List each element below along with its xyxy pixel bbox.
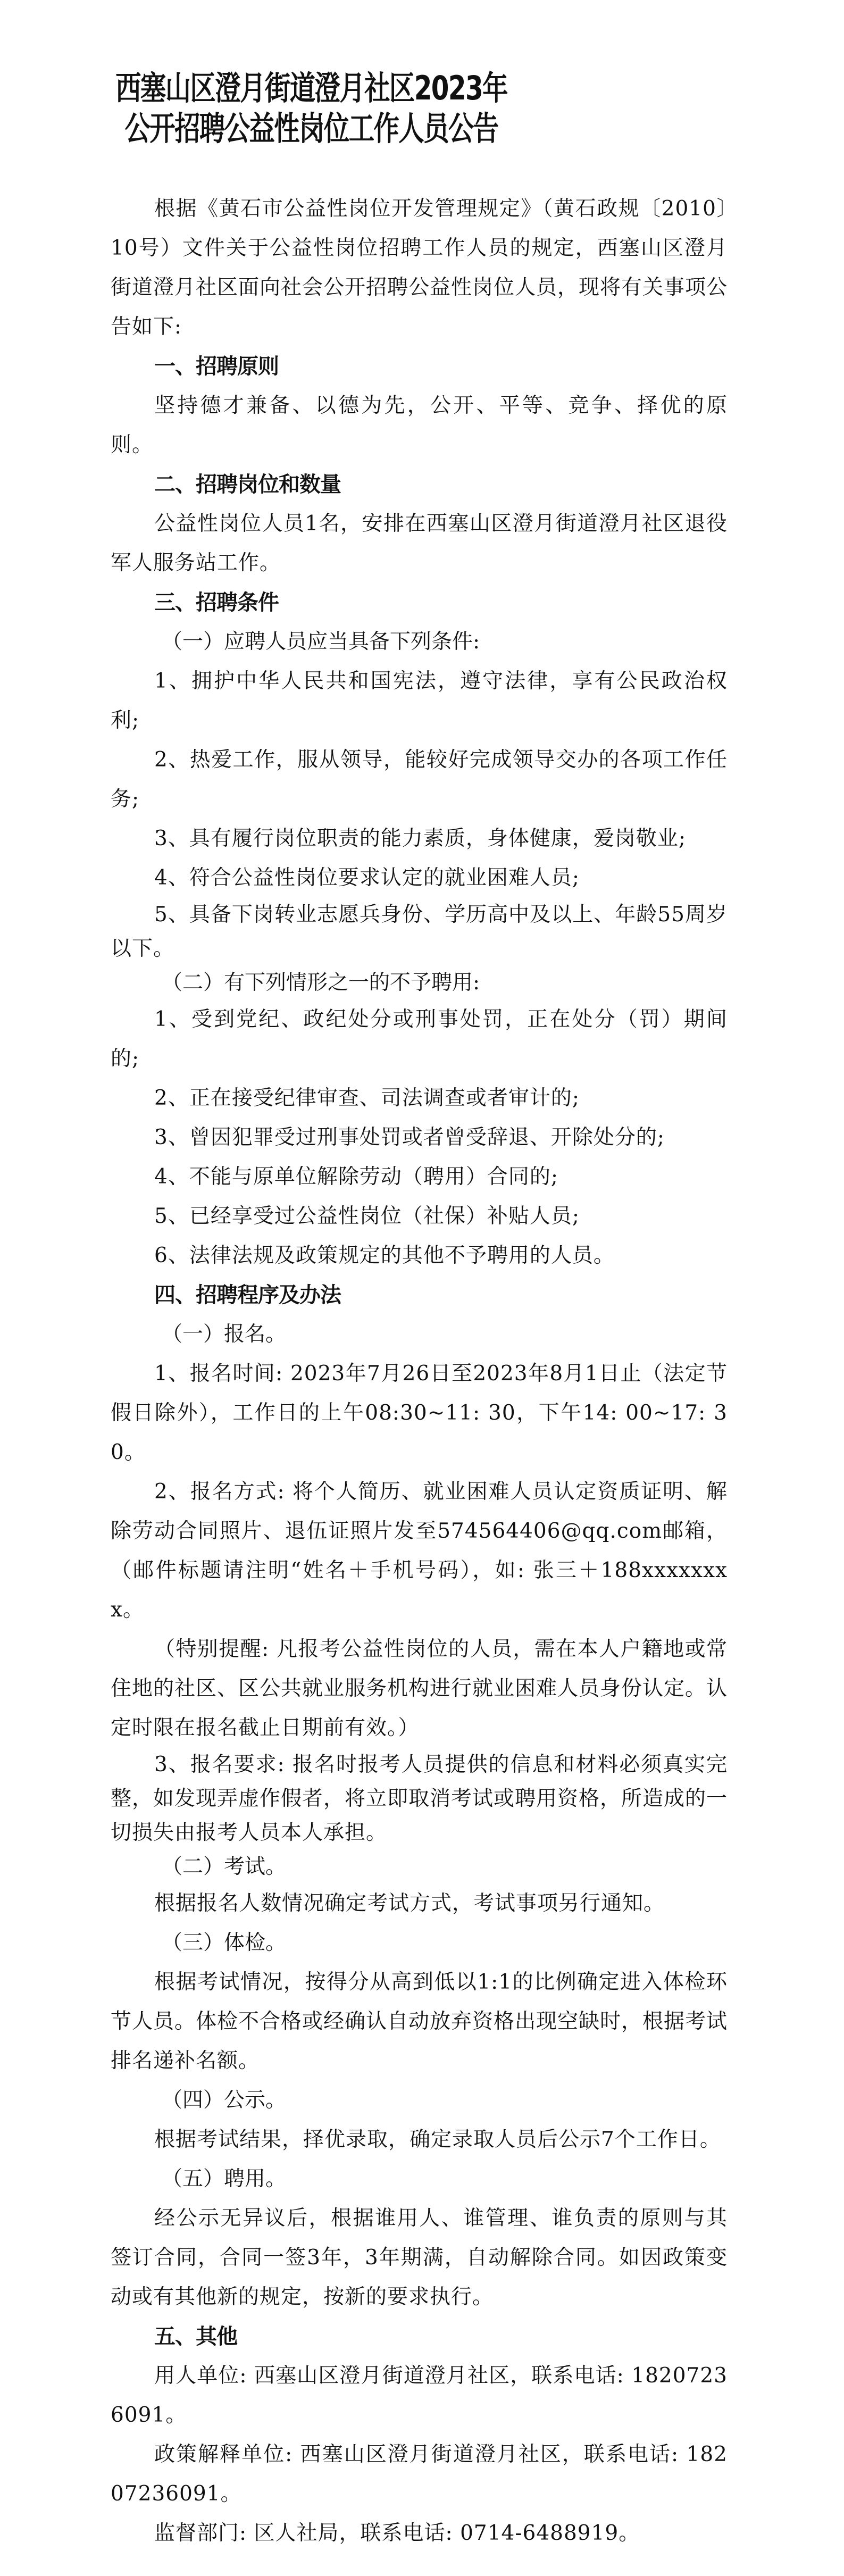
position-paragraph: 公益性岗位人员1名，安排在西塞山区澄月街道澄月社区退役军人服务站工作。 xyxy=(111,504,728,583)
condition-item: 2、热爱工作，服从领导，能较好完成领导交办的各项工作任务; xyxy=(111,740,728,819)
exclusion-item: 5、已经享受过公益性岗位（社保）补贴人员; xyxy=(111,1197,728,1236)
hiring-subheading: （五）聘用。 xyxy=(111,2160,728,2199)
registration-requirement: 3、报名要求: 报名时报考人员提供的信息和材料必须真实完整，如发现弄虚作假者，将… xyxy=(111,1748,728,1850)
exclusion-item: 2、正在接受纪律审查、司法调查或者审计的; xyxy=(111,1079,728,1118)
contact-supervision: 监督部门: 区人社局，联系电话: 0714-6488919。 xyxy=(111,2514,728,2553)
registration-subheading: （一）报名。 xyxy=(111,1315,728,1354)
publicity-subheading: （四）公示。 xyxy=(111,2081,728,2120)
registration-method: 2、报名方式: 将个人简历、就业困难人员认定资质证明、解除劳动合同照片、退伍证照… xyxy=(111,1472,728,1630)
exclusion-item: 4、不能与原单位解除劳动（聘用）合同的; xyxy=(111,1157,728,1197)
conditions-subheading-2: （二）有下列情形之一的不予聘用: xyxy=(111,966,728,1000)
physical-text: 根据考试情况，按得分从高到低以1:1的比例确定进入体检环节人员。体检不合格或经确… xyxy=(111,1963,728,2081)
contact-policy: 政策解释单位: 西塞山区澄月街道澄月社区，联系电话: 18207236091。 xyxy=(111,2435,728,2514)
exclusion-item: 3、曾因犯罪受过刑事处罚或者曾受辞退、开除处分的; xyxy=(111,1118,728,1157)
exam-text: 根据报名人数情况确定考试方式，考试事项另行通知。 xyxy=(111,1884,728,1923)
section-heading-5: 五、其他 xyxy=(111,2317,728,2356)
contact-employer: 用人单位: 西塞山区澄月街道澄月社区，联系电话: 18207236091。 xyxy=(111,2356,728,2435)
condition-item: 1、拥护中华人民共和国宪法，遵守法律，享有公民政治权利; xyxy=(111,662,728,740)
exclusion-item: 6、法律法规及政策规定的其他不予聘用的人员。 xyxy=(111,1236,728,1276)
title-line-1: 西塞山区澄月街道澄月社区2023年 xyxy=(0,68,640,109)
document-body: 根据《黄石市公益性岗位开发管理规定》（黄石政规〔2010〕10号）文件关于公益性… xyxy=(111,189,728,2553)
condition-item: 5、具备下岗转业志愿兵身份、学历高中及以上、年龄55周岁以下。 xyxy=(111,898,728,966)
hiring-text: 经公示无异议后，根据谁用人、谁管理、谁负责的原则与其签订合同，合同一签3年，3年… xyxy=(111,2199,728,2317)
document-title: 西塞山区澄月街道澄月社区2023年 公开招聘公益性岗位工作人员公告 xyxy=(0,68,733,149)
publicity-text: 根据考试结果，择优录取，确定录取人员后公示7个工作日。 xyxy=(111,2120,728,2160)
principle-paragraph: 坚持德才兼备、以德为先，公开、平等、竞争、择优的原则。 xyxy=(111,386,728,465)
registration-reminder: （特别提醒: 凡报考公益性岗位的人员，需在本人户籍地或常住地的社区、区公共就业服… xyxy=(111,1630,728,1748)
intro-paragraph: 根据《黄石市公益性岗位开发管理规定》（黄石政规〔2010〕10号）文件关于公益性… xyxy=(111,189,728,347)
exam-subheading: （二）考试。 xyxy=(111,1850,728,1884)
section-heading-3: 三、招聘条件 xyxy=(111,583,728,622)
condition-item: 3、具有履行岗位职责的能力素质，身体健康，爱岗敬业; xyxy=(111,819,728,858)
title-line-2: 公开招聘公益性岗位工作人员公告 xyxy=(0,109,640,149)
physical-subheading: （三）体检。 xyxy=(111,1923,728,1963)
exclusion-item: 1、受到党纪、政纪处分或刑事处罚，正在处分（罚）期间的; xyxy=(111,1000,728,1079)
registration-time: 1、报名时间: 2023年7月26日至2023年8月1日止（法定节假日除外），工… xyxy=(111,1354,728,1472)
section-heading-4: 四、招聘程序及办法 xyxy=(111,1276,728,1315)
section-heading-1: 一、招聘原则 xyxy=(111,347,728,386)
condition-item: 4、符合公益性岗位要求认定的就业困难人员; xyxy=(111,858,728,898)
conditions-subheading-1: （一）应聘人员应当具备下列条件: xyxy=(111,622,728,662)
section-heading-2: 二、招聘岗位和数量 xyxy=(111,465,728,504)
